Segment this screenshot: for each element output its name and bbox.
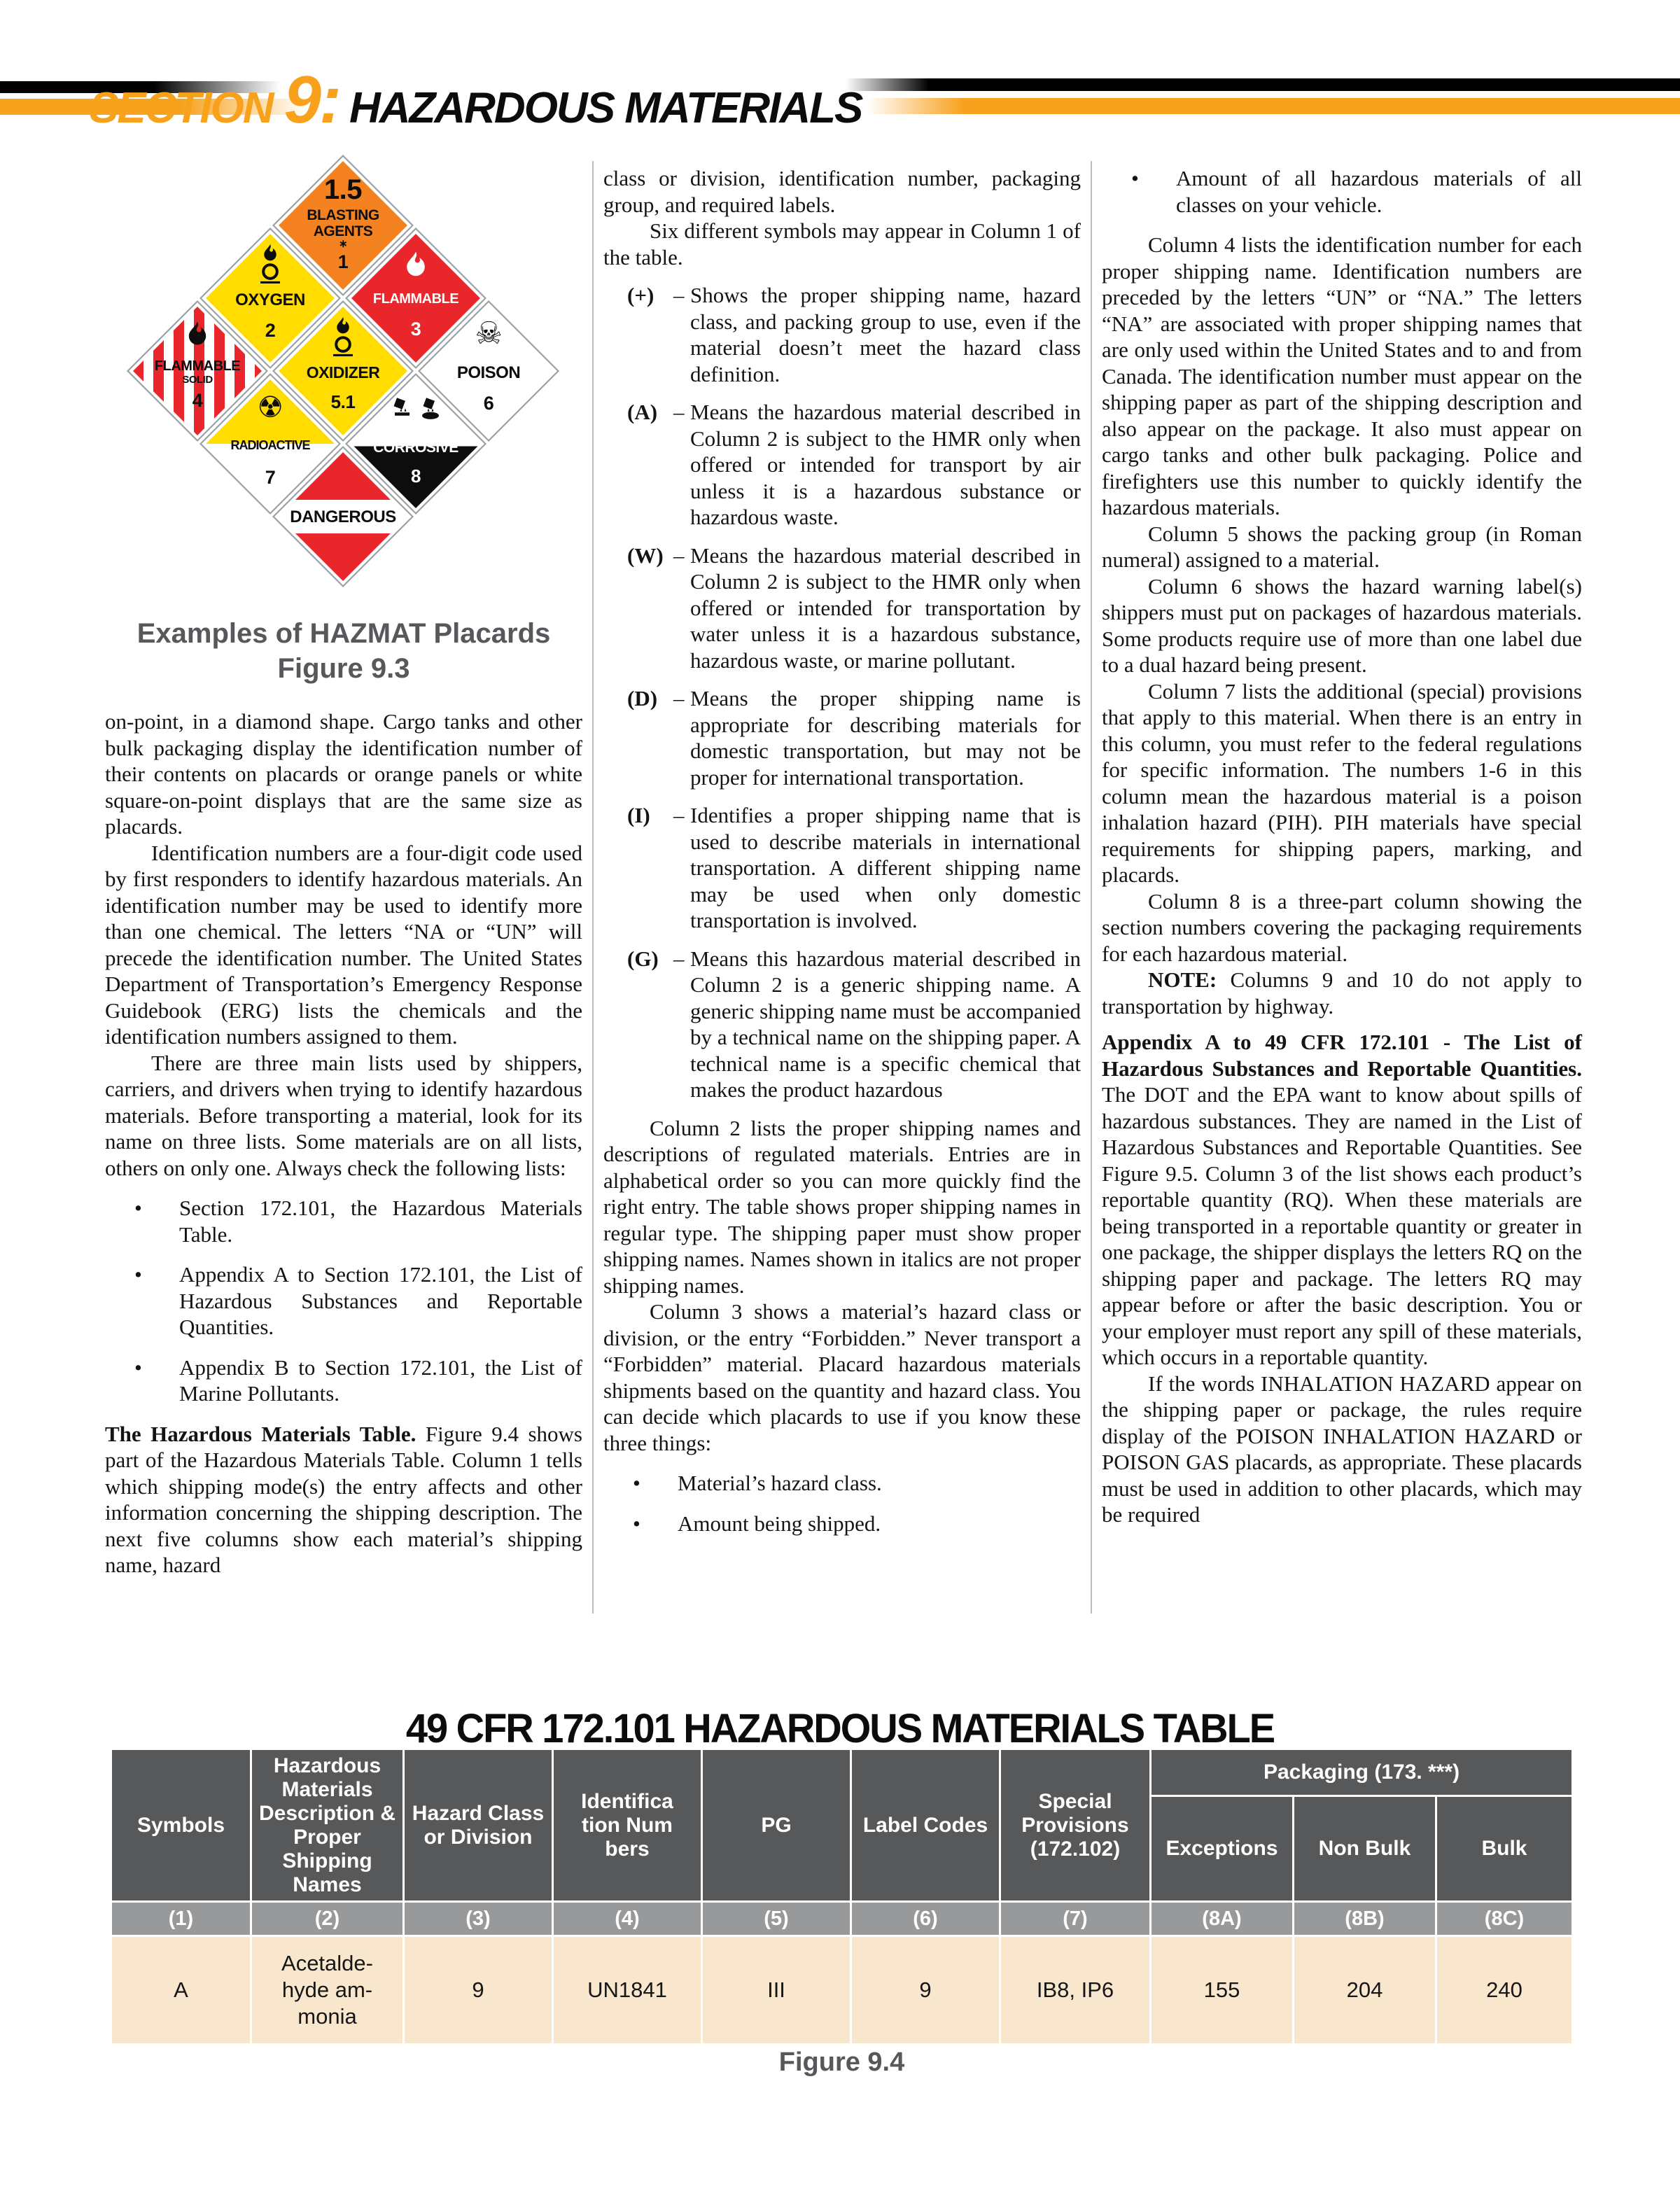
col-header-packaging: Packaging (173. ***): [1151, 1750, 1571, 1795]
paragraph: Column 2 lists the proper shipping names…: [603, 1115, 1081, 1299]
table-cell-exceptions: 155: [1151, 1937, 1292, 2043]
paragraph: class or division, identification number…: [603, 165, 1081, 218]
list-item: Appendix B to Section 172.101, the List …: [105, 1354, 582, 1407]
table-cell-hazard-class: 9: [405, 1937, 552, 2043]
skull-crossbones-icon: ☠: [418, 318, 559, 349]
text-column-3: Amount of all hazardous materials of all…: [1102, 165, 1582, 1528]
paragraph: There are three main lists used by shipp…: [105, 1050, 582, 1182]
appendix-text: The DOT and the EPA want to know about s…: [1102, 1082, 1582, 1369]
col-number: (5): [703, 1903, 850, 1935]
symbol: (G): [627, 946, 659, 972]
column-divider-2: [1091, 161, 1092, 1613]
dash: –: [673, 802, 685, 829]
col-number: (2): [252, 1903, 402, 1935]
text-column-2: class or division, identification number…: [603, 165, 1081, 1550]
blasting-label-1: BLASTING: [272, 208, 414, 223]
flame-over-circle-icon: [272, 316, 414, 356]
table-cell-id-number: UN1841: [554, 1937, 701, 2043]
definition-text: Means the hazardous material described i…: [690, 400, 1081, 529]
flame-icon: [127, 320, 268, 348]
col-number: (3): [405, 1903, 552, 1935]
table-cell-label-codes: 9: [852, 1937, 999, 2043]
col-number: (4): [554, 1903, 701, 1935]
table-cell-non-bulk: 204: [1294, 1937, 1435, 2043]
symbol: (A): [627, 399, 657, 426]
definition-text: Shows the proper shipping name, hazard c…: [690, 283, 1081, 386]
symbol-definition: (W) – Means the hazardous material descr…: [603, 542, 1081, 674]
table-cell-shipping-name: Acetalde- hyde am- monia: [252, 1937, 402, 2043]
dash: –: [673, 946, 685, 972]
figure-9-3-caption-line1: Examples of HAZMAT Placards: [105, 616, 582, 651]
symbol-definition: (A) – Means the hazardous material descr…: [603, 399, 1081, 531]
paragraph: Column 6 shows the hazard warning label(…: [1102, 573, 1582, 678]
symbol: (I): [627, 802, 650, 829]
col-header-special-provisions: Special Provisions (172.102): [1001, 1750, 1149, 1900]
col-number: (8A): [1151, 1903, 1292, 1935]
placard-dangerous: DANGEROUS: [272, 446, 414, 587]
bold-lead: The Hazardous Materials Table.: [105, 1422, 416, 1446]
appendix-paragraph: Appendix A to 49 CFR 172.101 - The List …: [1102, 1029, 1582, 1371]
list-item: Material’s hazard class.: [603, 1470, 1081, 1497]
col-header-description: Hazardous Materials Description & Proper…: [252, 1750, 402, 1900]
section-word: SECTION: [90, 83, 273, 133]
text-column-1: on-point, in a diamond shape. Cargo tank…: [105, 708, 582, 1578]
column-divider-1: [592, 161, 594, 1613]
dangerous-label: DANGEROUS: [272, 509, 414, 526]
col-header-label-codes: Label Codes: [852, 1750, 999, 1900]
col-header-non-bulk: Non Bulk: [1294, 1797, 1435, 1900]
corrosion-icon: [345, 394, 486, 422]
col-header-hazard-class: Hazard Class or Division: [405, 1750, 552, 1900]
table-cell-symbols: A: [112, 1937, 250, 2043]
hazmat-table-title: 49 CFR 172.101 HAZARDOUS MATERIALS TABLE: [0, 1704, 1680, 1752]
symbol-definition: (+) – Shows the proper shipping name, ha…: [603, 282, 1081, 387]
col-header-symbols: Symbols: [112, 1750, 250, 1900]
definition-text: Means the proper shipping name is approp…: [690, 686, 1081, 790]
page-title: SECTION 9: HAZARDOUS MATERIALS: [90, 62, 862, 139]
definition-text: Means this hazardous material described …: [690, 946, 1081, 1102]
dash: –: [673, 399, 685, 426]
dash: –: [673, 282, 685, 309]
paragraph: Column 7 lists the additional (special) …: [1102, 678, 1582, 888]
symbol: (D): [627, 685, 657, 712]
col-header-exceptions: Exceptions: [1151, 1797, 1292, 1900]
paragraph: Column 3 shows a material’s hazard class…: [603, 1298, 1081, 1456]
paragraph: on-point, in a diamond shape. Cargo tank…: [105, 708, 582, 840]
definition-text: Means the hazardous material described i…: [690, 543, 1081, 673]
symbol-definition: (G) – Means this hazardous material desc…: [603, 946, 1081, 1103]
dash: –: [673, 542, 685, 569]
paragraph: If the words INHALATION HAZARD appear on…: [1102, 1371, 1582, 1528]
hazmat-table: Symbols Hazardous Materials Description …: [112, 1750, 1571, 2043]
table-cell-special-provisions: IB8, IP6: [1001, 1937, 1149, 2043]
paragraph: Column 8 is a three-part column showing …: [1102, 888, 1582, 967]
list-item: Appendix A to Section 172.101, the List …: [105, 1261, 582, 1340]
col-header-id-numbers: Identifica tion Num bers: [554, 1750, 701, 1900]
figure-9-3-caption-line2: Figure 9.3: [105, 651, 582, 686]
list-item: Amount of all hazardous materials of all…: [1102, 165, 1582, 218]
col-number: (8B): [1294, 1903, 1435, 1935]
symbol-definition: (I) – Identifies a proper shipping name …: [603, 802, 1081, 934]
flame-icon: [345, 250, 486, 279]
figure-9-4-caption: Figure 9.4: [112, 2047, 1571, 2078]
col-number: (8C): [1437, 1903, 1571, 1935]
col-header-pg: PG: [703, 1750, 850, 1900]
paragraph: Column 5 shows the packing group (in Rom…: [1102, 521, 1582, 573]
paragraph: Six different symbols may appear in Colu…: [603, 218, 1081, 270]
radiation-trefoil-icon: ☢: [199, 393, 341, 422]
symbol: (W): [627, 542, 664, 569]
blasting-division: 1.5: [272, 176, 414, 204]
flammable-solid-label-1: FLAMMABLE: [127, 359, 268, 373]
paragraph: The Hazardous Materials Table. Figure 9.…: [105, 1421, 582, 1578]
dash: –: [673, 685, 685, 712]
paragraph: Column 4 lists the identification number…: [1102, 232, 1582, 521]
symbol-definition: (D) – Means the proper shipping name is …: [603, 685, 1081, 790]
header-stripe-orange-right: [867, 98, 1680, 114]
section-title: HAZARDOUS MATERIALS: [349, 83, 862, 133]
note-paragraph: NOTE: Columns 9 and 10 do not apply to t…: [1102, 967, 1582, 1019]
appendix-heading: Appendix A to 49 CFR 172.101 - The List …: [1102, 1030, 1582, 1081]
list-item: Amount being shipped.: [603, 1511, 1081, 1537]
col-header-bulk: Bulk: [1437, 1797, 1571, 1900]
header-stripe-black-right: [846, 78, 1680, 91]
figure-9-3-caption: Examples of HAZMAT Placards Figure 9.3: [105, 616, 582, 686]
col-number: (1): [112, 1903, 250, 1935]
symbol: (+): [627, 282, 654, 309]
list-item: Section 172.101, the Hazardous Materials…: [105, 1195, 582, 1247]
section-number: 9:: [284, 62, 339, 139]
flame-over-circle-icon: [199, 243, 341, 283]
note-label: NOTE:: [1148, 967, 1217, 992]
table-cell-pg: III: [703, 1937, 850, 2043]
manual-page: SECTION 9: HAZARDOUS MATERIALS 1.5 BLAST…: [0, 0, 1680, 2205]
table-cell-bulk: 240: [1437, 1937, 1571, 2043]
figure-9-3-placards: 1.5 BLASTING AGENTS ∗ 1 FLAMMABLE 3 ☠ PO…: [133, 160, 553, 589]
definition-text: Identifies a proper shipping name that i…: [690, 803, 1081, 932]
paragraph: Identification numbers are a four-digit …: [105, 840, 582, 1050]
col-number: (6): [852, 1903, 999, 1935]
col-number: (7): [1001, 1903, 1149, 1935]
